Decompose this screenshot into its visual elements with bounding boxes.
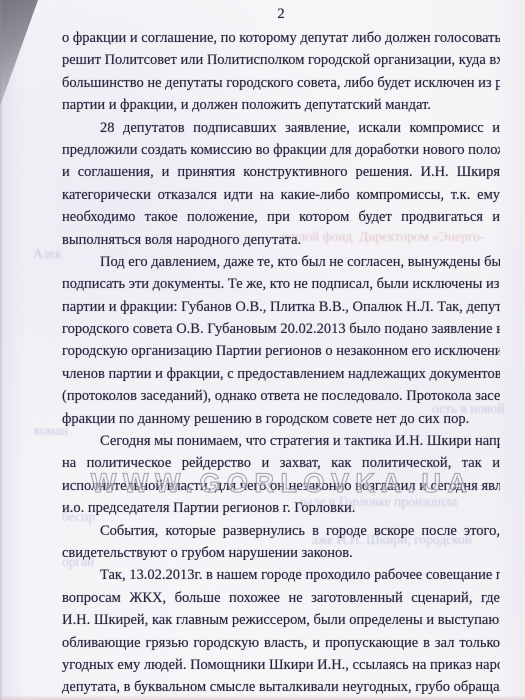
paragraph: о фракции и соглашение, по которому депу… <box>62 27 500 117</box>
text-line: вопросам ЖКХ, больше похожее не заготовл… <box>62 587 500 609</box>
text-line: Под его давлением, даже те, кто был не с… <box>62 251 500 273</box>
text-line: И.Н. Шкирей, как главным режиссером, был… <box>62 609 500 631</box>
text-line: партии и фракции, и должен положить депу… <box>62 94 500 116</box>
bleed-through-text: Алек <box>33 246 62 261</box>
paragraph: Под его давлением, даже те, кто был не с… <box>62 251 500 430</box>
text-line: городского совета О.В. Губановым 20.02.2… <box>62 318 500 340</box>
text-line: выполняться воля народного депутата. <box>62 229 500 251</box>
text-line: свидетельствуют о грубом нарушении закон… <box>62 542 500 564</box>
text-line: обливающие грязью городскую власть, и пр… <box>62 632 500 654</box>
text-line: и соглашения, и принятия конструктивного… <box>62 161 500 183</box>
text-line: городскую организацию Партии регионов о … <box>62 340 500 362</box>
text-line: предложили создать комиссию во фракции д… <box>62 139 500 161</box>
text-line: о фракции и соглашение, по которому депу… <box>62 27 500 49</box>
text-line: необходимо такое положение, при котором … <box>62 206 500 228</box>
text-line: 28 депутатов подписавших заявление, иска… <box>62 117 500 139</box>
text-line: партии и фракции: Губанов О.В., Плитка В… <box>62 296 500 318</box>
text-line: фракции по данному решению в городском с… <box>62 408 500 430</box>
text-line: Сегодня мы понимаем, что стратегия и так… <box>62 430 500 452</box>
scanned-document-photo: жилой фонд. Директором «Энерго-Алекость … <box>0 0 525 700</box>
paragraph: События, которые развернулись в городе в… <box>62 520 500 565</box>
text-line: подписать эти документы. Те же, кто не п… <box>62 273 500 295</box>
paragraph: Так, 13.02.2013г. в нашем городе проходи… <box>62 564 500 698</box>
text-line: решит Политсовет или Политисполком город… <box>62 49 500 71</box>
document-text: о фракции и соглашение, по которому депу… <box>62 27 500 699</box>
text-line: Так, 13.02.2013г. в нашем городе проходи… <box>62 564 500 586</box>
text-line: категорически отказался идти на какие-ли… <box>62 184 500 206</box>
text-line: депутата, в буквальном смысле выталкивал… <box>62 676 500 698</box>
paragraph: 28 депутатов подписавших заявление, иска… <box>62 117 500 251</box>
text-line: большинство не депутаты городского совет… <box>62 72 500 94</box>
text-line: и.о. председателя Партии регионов г. Гор… <box>62 497 500 519</box>
text-line: (протоколов заседаний), однако ответа не… <box>62 385 500 407</box>
text-line: События, которые развернулись в городе в… <box>62 520 500 542</box>
site-watermark: WWW.GORLOVKA.UA <box>91 468 473 499</box>
text-line: членов партии и фракции, с предоставлени… <box>62 363 500 385</box>
text-line: угодных ему людей. Помощники Шкири И.Н.,… <box>62 654 500 676</box>
